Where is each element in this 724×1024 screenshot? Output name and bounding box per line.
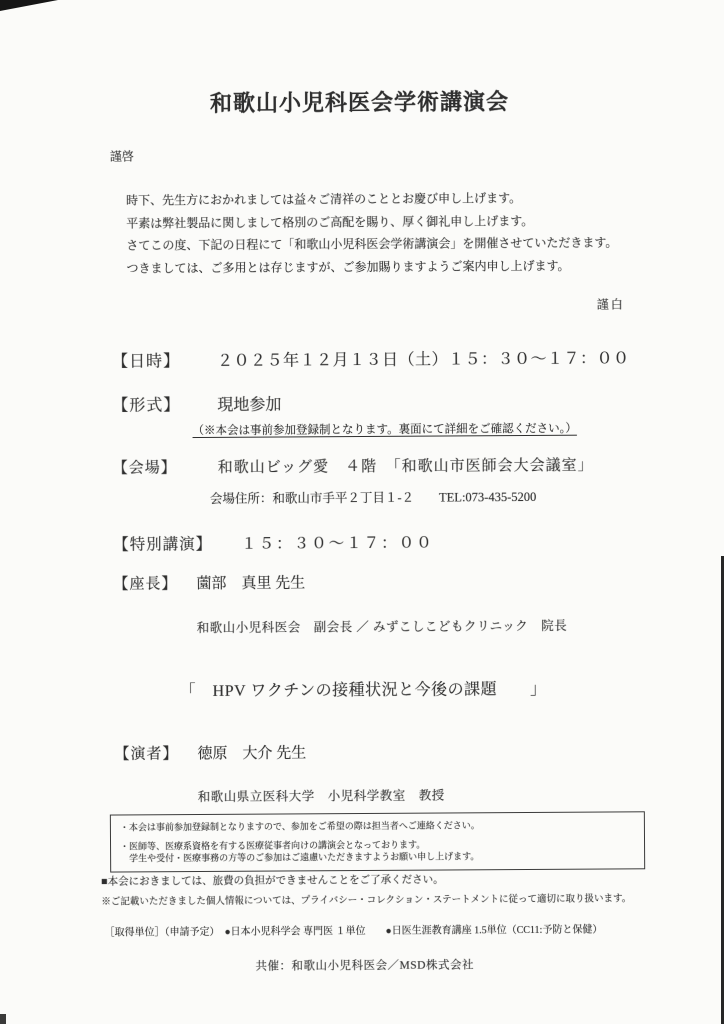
- greeting-line: さてこの度、下記の日程にて「和歌山小児科医会学術講演会」を開催させていただきます…: [126, 231, 662, 257]
- chair-row: 【座長】薗部 真里 先生: [113, 571, 305, 593]
- notice-box: ・本会は事前参加登録制となりますので、参加をご希望の際は担当者へご連絡ください。…: [110, 811, 645, 872]
- notice-line: ・本会は事前参加登録制となりますので、参加をご希望の際は担当者へご連絡ください。: [120, 818, 635, 834]
- format-note: （※本会は事前参加登録制となります。裏面にて詳細をご確認ください。）: [192, 420, 576, 438]
- greeting-line: 平素は弊社製品に関しまして格別のご高配を賜り、厚く御礼申し上げます。: [126, 209, 662, 235]
- venue-address: 会場住所：和歌山市手平２丁目１-２ TEL:073-435-5200: [210, 487, 536, 507]
- scanned-document-page: 和歌山小児科医会学術講演会 謹啓 時下、先生方におかれましては益々ご清祥のことと…: [0, 0, 724, 1024]
- venue-row: 【会場】和歌山ビッグ愛 ４階 「和歌山市医師会大会議室」: [113, 454, 594, 478]
- document-title: 和歌山小児科医会学術講演会: [0, 84, 722, 119]
- chair-name: 薗部 真里 先生: [196, 575, 305, 592]
- datetime-value: ２０２５年１２月１３日（土）１５：３０～１７：００: [217, 350, 630, 370]
- lecture-title: 「 HPV ワクチンの接種状況と今後の課題 」: [1, 675, 724, 702]
- format-value: 現地参加: [217, 396, 281, 413]
- chair-label: 【座長】: [113, 572, 196, 594]
- credit-units-line: ［取得単位］（申請予定） ●日本小児科学会 専門医 １単位 ●日医生涯教育講座 …: [105, 921, 603, 939]
- footnote-expense: ■本会におきましては、旅費の負担ができませんことをご了承ください。: [101, 872, 443, 889]
- speaker-name: 徳原 大介 先生: [197, 745, 306, 762]
- datetime-row: 【日時】２０２５年１２月１３日（土）１５：３０～１７：００: [112, 345, 630, 371]
- chair-affiliation: 和歌山小児科医会 副会長 ／ みずこしこどもクリニック 院長: [197, 616, 568, 636]
- salutation-close: 謹白: [597, 295, 625, 312]
- cosponsor-line: 共催：和歌山小児科医会／MSD株式会社: [3, 955, 724, 975]
- salutation-open: 謹啓: [110, 147, 134, 164]
- special-lecture-label: 【特別講演】: [113, 532, 241, 555]
- greeting-paragraph: 時下、先生方におかれましては益々ご清祥のこととお慶び申し上げます。 平素は弊社製…: [126, 186, 663, 279]
- format-row: 【形式】現地参加: [112, 391, 281, 415]
- format-label: 【形式】: [112, 392, 217, 416]
- special-lecture-time: １５：３０～１７：００: [241, 535, 434, 553]
- venue-value: 和歌山ビッグ愛 ４階 「和歌山市医師会大会議室」: [218, 458, 594, 476]
- notice-line: 学生や受付・医療事務の方等のご参加はご遠慮いただきますようお願い申し上げます。: [120, 849, 635, 865]
- special-lecture-row: 【特別講演】１５：３０～１７：００: [113, 531, 434, 555]
- speaker-affiliation: 和歌山県立医科大学 小児科学教室 教授: [198, 786, 445, 806]
- speaker-row: 【演者】徳原 大介 先生: [114, 741, 306, 763]
- footnote-privacy: ※ご記載いただきました個人情報については、プライバシー・コレクション・ステートメ…: [101, 890, 631, 907]
- speaker-label: 【演者】: [114, 742, 197, 764]
- datetime-label: 【日時】: [112, 348, 217, 372]
- venue-label: 【会場】: [113, 456, 218, 478]
- greeting-line: 時下、先生方におかれましては益々ご清祥のこととお慶び申し上げます。: [126, 186, 662, 212]
- document-content: 和歌山小児科医会学術講演会 謹啓 時下、先生方におかれましては益々ご清祥のことと…: [0, 0, 724, 1024]
- greeting-line: つきましては、ご多用とは存じますが、ご参加賜りますようご案内申し上げます。: [126, 254, 662, 280]
